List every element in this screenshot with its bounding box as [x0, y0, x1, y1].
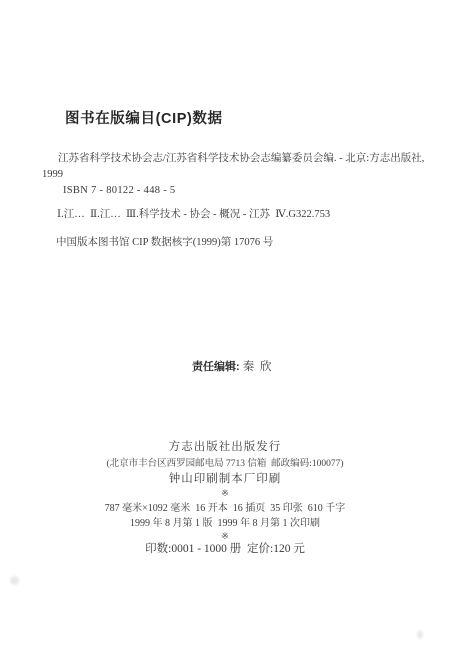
divider-mark-icon: ※	[0, 531, 450, 541]
scan-artifact	[417, 630, 423, 639]
divider-mark-icon: ※	[0, 488, 450, 498]
editor-name: 秦 欣	[243, 361, 272, 373]
book-copyright-page: 图书在版编目(CIP)数据 江苏省科学技术协会志/江苏省科学技术协会志编纂委员会…	[0, 0, 450, 656]
cip-entry-continuation: 1999	[42, 169, 63, 181]
cip-classification-line: Ⅰ.江… Ⅱ.江… Ⅲ.科学技术 - 协会 - 概况 - 江苏 Ⅳ.G322.7…	[57, 209, 330, 221]
print-run-price-line: 印数:0001 - 1000 册 定价:120 元	[0, 543, 450, 556]
cip-heading: 图书在版编目(CIP)数据	[65, 111, 223, 128]
editor-label: 责任编辑:	[192, 361, 243, 373]
isbn-line: ISBN 7 - 80122 - 448 - 5	[63, 185, 176, 197]
scan-artifact	[10, 576, 19, 585]
edition-impression-line: 1999 年 8 月第 1 版 1999 年 8 月第 1 次印刷	[0, 518, 450, 530]
printer-line: 钟山印刷制本厂印刷	[0, 473, 450, 486]
publisher-line: 方志出版社出版发行	[0, 441, 450, 454]
format-spec-line: 787 毫米×1092 毫米 16 开本 16 插页 35 印张 610 千字	[0, 503, 450, 515]
editor-credit-line: 责任编辑: 秦 欣	[181, 348, 271, 387]
cip-record-line: 中国版本图书馆 CIP 数据核字(1999)第 17076 号	[56, 237, 273, 249]
publisher-address-line: (北京市丰台区西罗园邮电局 7713 信箱 邮政编码:100077)	[0, 459, 450, 470]
cip-entry-line: 江苏省科学技术协会志/江苏省科学技术协会志编纂委员会编. - 北京:方志出版社,	[58, 153, 424, 165]
